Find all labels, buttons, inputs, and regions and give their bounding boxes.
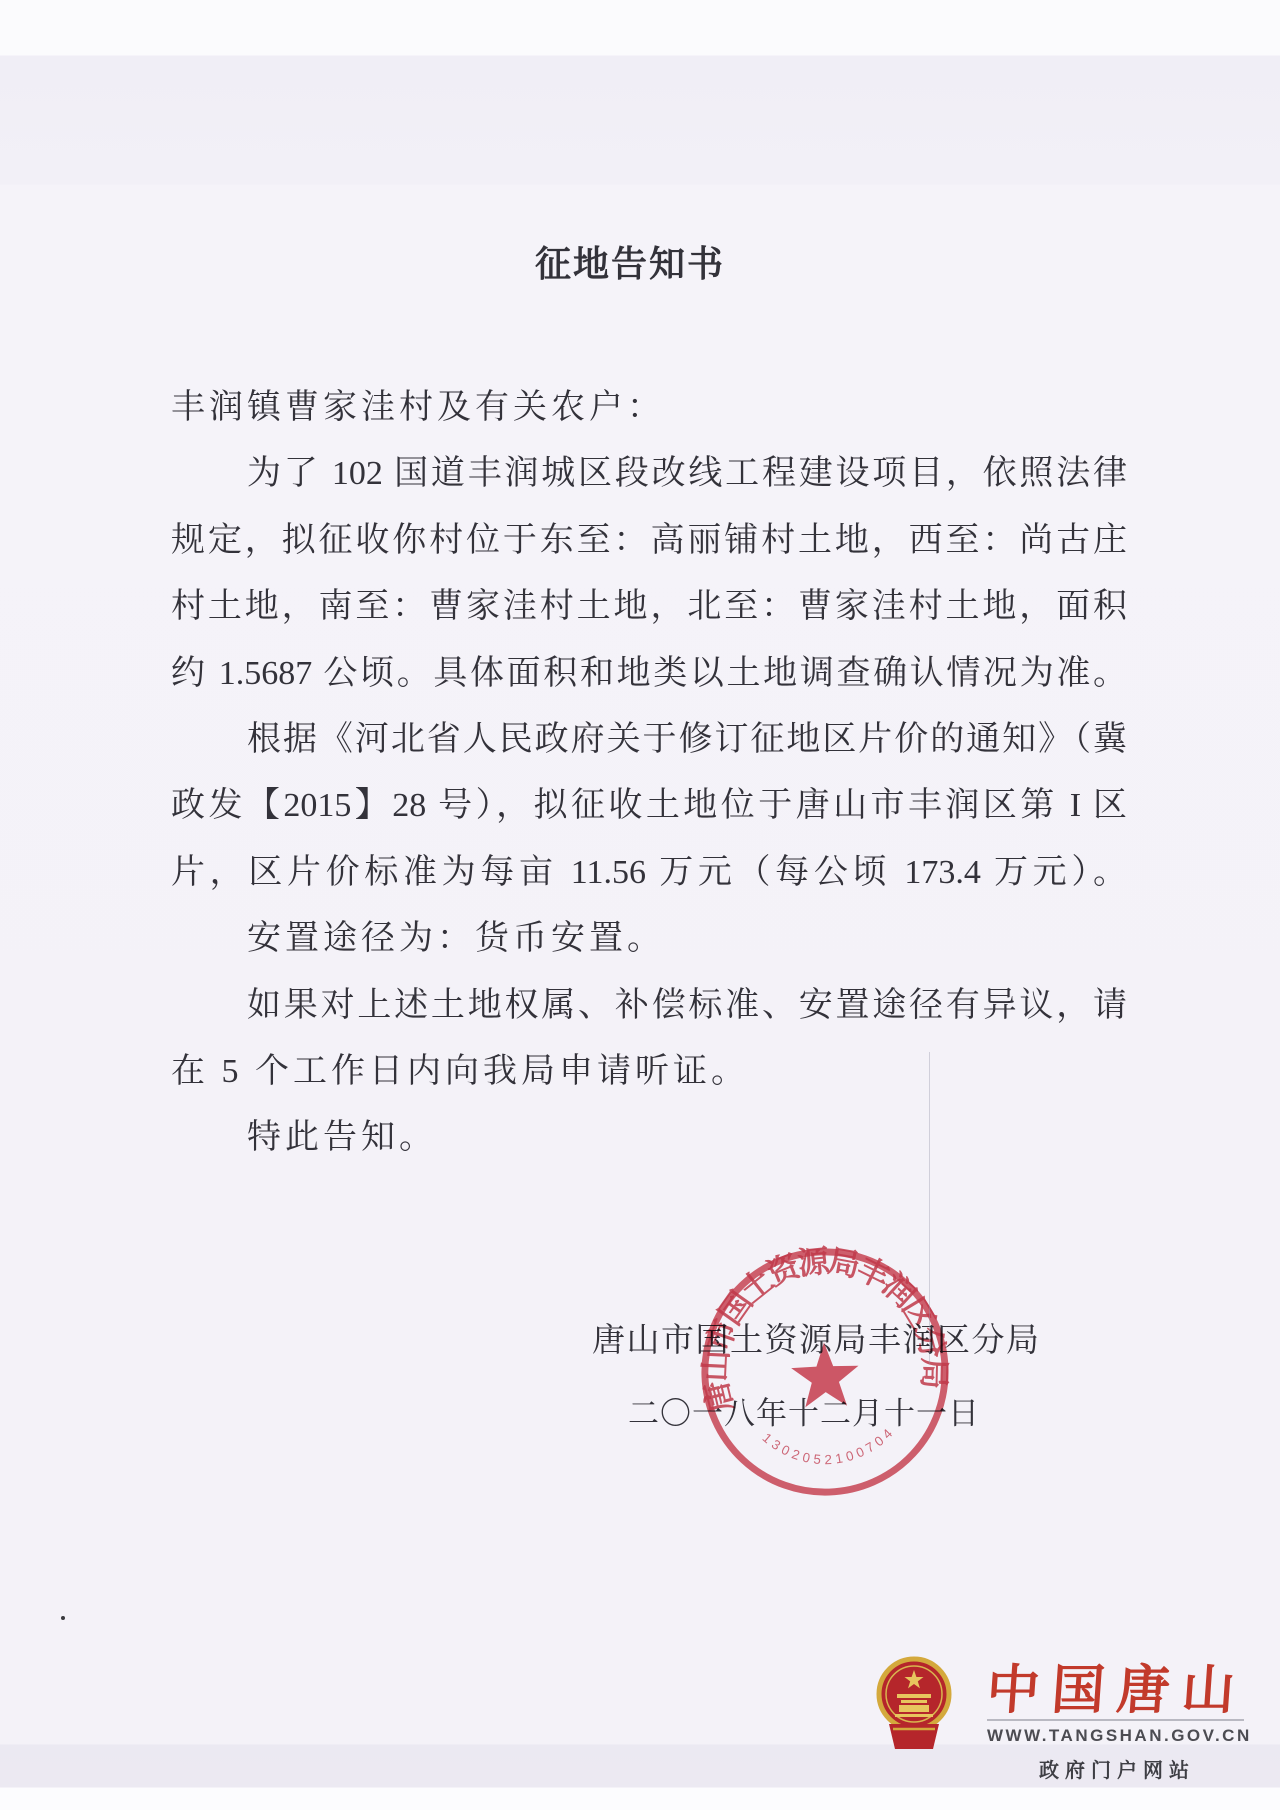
footer-logo: 中国唐山 WWW.TANGSHAN.GOV.CN 政府门户网站: [875, 1652, 1265, 1782]
site-subtitle: 政府门户网站: [1039, 1754, 1195, 1783]
logo-divider: [987, 1719, 1244, 1721]
document-line: 特此告知。: [171, 1105, 1127, 1171]
document-line: 政发【2015】28 号），拟征收土地位于唐山市丰润区第 I 区: [171, 773, 1127, 839]
site-name: 中国唐山: [984, 1648, 1249, 1724]
scan-fold-line: [929, 1052, 930, 1364]
official-seal-stamp: 唐山市国土资源局丰润区分局 1302052100704: [693, 1240, 958, 1505]
ink-speck: [61, 1616, 65, 1620]
document-line: 在 5 个工作日内向我局申请听证。: [171, 1039, 1127, 1105]
scanned-document-page: 征地告知书 丰润镇曹家洼村及有关农户：为了 102 国道丰润城区段改线工程建设项…: [0, 0, 1280, 1810]
national-emblem-icon: [875, 1656, 953, 1752]
document-line: 片，区片价标准为每亩 11.56 万元（每公顷 173.4 万元）。: [171, 840, 1127, 906]
document-line: 如果对上述土地权属、补偿标准、安置途径有异议，请: [171, 973, 1127, 1039]
site-url: WWW.TANGSHAN.GOV.CN: [987, 1726, 1252, 1746]
page-title: 征地告知书: [0, 240, 1260, 288]
document-line: 根据《河北省人民政府关于修订征地区片价的通知》（冀: [171, 707, 1127, 773]
svg-text:1302052100704: 1302052100704: [759, 1426, 896, 1470]
document-body: 丰润镇曹家洼村及有关农户：为了 102 国道丰润城区段改线工程建设项目，依照法律…: [171, 375, 1127, 1172]
document-line: 约 1.5687 公顷。具体面积和地类以土地调查确认情况为准。: [171, 641, 1127, 707]
document-line: 丰润镇曹家洼村及有关农户：: [171, 375, 1127, 441]
document-line: 为了 102 国道丰润城区段改线工程建设项目，依照法律: [171, 441, 1127, 507]
seal-number: 1302052100704: [759, 1426, 896, 1470]
document-line: 安置途径为：货币安置。: [171, 906, 1127, 972]
seal-star-icon: [790, 1341, 860, 1407]
document-line: 规定，拟征收你村位于东至：高丽铺村土地，西至：尚古庄: [171, 508, 1127, 574]
document-line: 村土地，南至：曹家洼村土地，北至：曹家洼村土地，面积: [171, 574, 1127, 640]
